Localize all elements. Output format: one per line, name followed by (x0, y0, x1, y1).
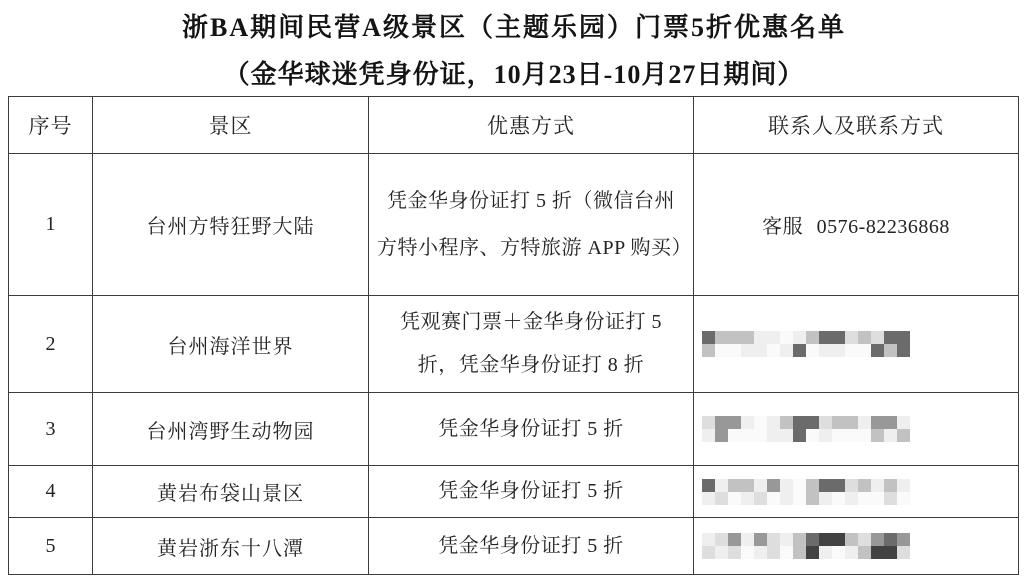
row-discount-method: 凭金华身份证打 5 折 (369, 466, 694, 518)
row-scenic-area: 台州海洋世界 (93, 296, 369, 393)
row-serial-number: 5 (9, 518, 93, 575)
row-contact: 客服 0576-82236868 (694, 154, 1019, 296)
row-scenic-area: 台州方特狂野大陆 (93, 154, 369, 296)
table-row: 4 黄岩布袋山景区 凭金华身份证打 5 折 (9, 466, 1019, 518)
row-contact-redacted (694, 518, 1019, 575)
redaction-mosaic (702, 416, 1010, 442)
row-serial-number: 3 (9, 393, 93, 466)
row-scenic-area: 台州湾野生动物园 (93, 393, 369, 466)
header-scenic-area: 景区 (93, 97, 369, 154)
row-contact-redacted (694, 466, 1019, 518)
redaction-mosaic (702, 533, 1010, 559)
row-discount-method: 凭金华身份证打 5 折（微信台州方特小程序、方特旅游 APP 购买） (369, 154, 694, 296)
redaction-mosaic (702, 479, 1010, 505)
table-row: 3 台州湾野生动物园 凭金华身份证打 5 折 (9, 393, 1019, 466)
row-serial-number: 2 (9, 296, 93, 393)
redaction-mosaic (702, 331, 1010, 357)
header-serial-number: 序号 (9, 97, 93, 154)
page-subtitle: （金华球迷凭身份证，10月23日-10月27日期间） (0, 54, 1028, 91)
table-row: 2 台州海洋世界 凭观赛门票＋金华身份证打 5 折，凭金华身份证打 8 折 (9, 296, 1019, 393)
table-row: 5 黄岩浙东十八潭 凭金华身份证打 5 折 (9, 518, 1019, 575)
row-contact-redacted (694, 393, 1019, 466)
header-contact: 联系人及联系方式 (694, 97, 1019, 154)
row-serial-number: 1 (9, 154, 93, 296)
table-header-row: 序号 景区 优惠方式 联系人及联系方式 (9, 97, 1019, 154)
discount-table: 序号 景区 优惠方式 联系人及联系方式 1 台州方特狂野大陆 凭金华身份证打 5… (8, 96, 1019, 575)
document-page: { "title": "浙BA期间民营A级景区（主题乐园）门票5折优惠名单", … (0, 0, 1028, 585)
row-discount-method: 凭金华身份证打 5 折 (369, 518, 694, 575)
row-discount-method: 凭金华身份证打 5 折 (369, 393, 694, 466)
table-row: 1 台州方特狂野大陆 凭金华身份证打 5 折（微信台州方特小程序、方特旅游 AP… (9, 154, 1019, 296)
row-scenic-area: 黄岩浙东十八潭 (93, 518, 369, 575)
row-contact-redacted (694, 296, 1019, 393)
row-discount-method: 凭观赛门票＋金华身份证打 5 折，凭金华身份证打 8 折 (369, 296, 694, 393)
row-scenic-area: 黄岩布袋山景区 (93, 466, 369, 518)
page-title: 浙BA期间民营A级景区（主题乐园）门票5折优惠名单 (0, 7, 1028, 44)
row-serial-number: 4 (9, 466, 93, 518)
header-discount-method: 优惠方式 (369, 97, 694, 154)
